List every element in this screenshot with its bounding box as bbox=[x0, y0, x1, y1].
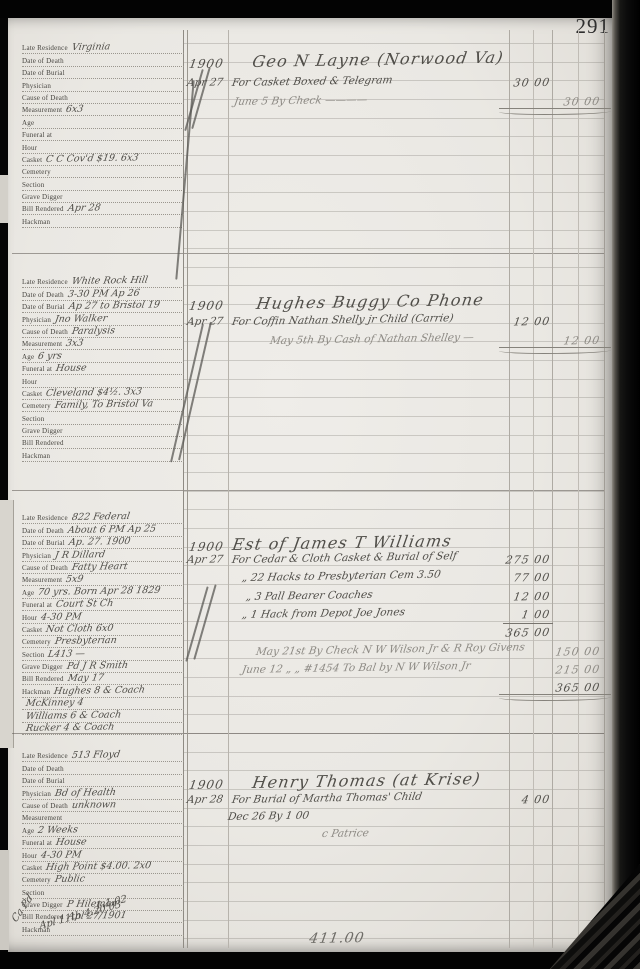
field-label: Grave Digger bbox=[22, 193, 63, 202]
entry-line: Dec 26 By 1 00 bbox=[185, 809, 615, 827]
field-label: Late Residence bbox=[22, 752, 68, 761]
field-label: Casket bbox=[22, 864, 42, 873]
field-value: 70 yrs. Born Apr 28 1829 bbox=[37, 586, 161, 598]
field-row: Grave Digger bbox=[22, 191, 184, 203]
field-row: SectionL413 — bbox=[22, 648, 184, 660]
field-label: Physician bbox=[22, 552, 51, 561]
entry-date: Apr 27 bbox=[186, 315, 224, 328]
field-label: Cemetery bbox=[22, 402, 51, 411]
entry-description: „ 1 Hack from Depot Joe Jones bbox=[241, 606, 406, 621]
ledger-line bbox=[183, 192, 604, 193]
field-value: 4-30 PM bbox=[40, 850, 82, 861]
field-label: Date of Burial bbox=[22, 69, 65, 78]
field-value: About 6 PM Ap 25 bbox=[67, 524, 157, 536]
entry-debit: 12 00 bbox=[485, 315, 551, 329]
field-label: Hour bbox=[22, 144, 37, 153]
field-value: C C Cov'd $19. 6x3 bbox=[45, 153, 139, 165]
field-label: Funeral at bbox=[22, 601, 52, 610]
field-row: CasketNot Cloth 6x0 bbox=[22, 624, 184, 636]
field-row: Late ResidenceVirginia bbox=[22, 42, 184, 54]
ledger-line bbox=[183, 379, 604, 380]
field-row: Measurement bbox=[22, 812, 184, 824]
field-value: McKinney 4 bbox=[25, 698, 84, 709]
ledger-line bbox=[183, 472, 604, 473]
entry-debit: 12 00 bbox=[485, 589, 551, 603]
field-label: Measurement bbox=[22, 340, 62, 349]
field-value: Not Cloth 6x0 bbox=[45, 624, 114, 635]
field-row: Age bbox=[22, 116, 184, 128]
field-label: Section bbox=[22, 651, 44, 660]
field-label: Casket bbox=[22, 156, 42, 165]
ledger-line bbox=[183, 230, 604, 231]
field-value: 3-30 PM Ap 26 bbox=[67, 289, 140, 300]
ledger-line bbox=[183, 397, 604, 398]
entry-year: 1900 bbox=[188, 56, 225, 71]
field-column: Late ResidenceWhite Rock HillDate of Dea… bbox=[22, 276, 184, 462]
ledger-line bbox=[183, 136, 604, 137]
field-row: Hour bbox=[22, 375, 184, 387]
page-number: 291 bbox=[560, 14, 610, 39]
field-label: Age bbox=[22, 827, 34, 836]
total-rule bbox=[499, 347, 611, 354]
entry-debit: 1 00 bbox=[485, 608, 551, 622]
field-row: Date of BurialAp 27 to Bristol 19 bbox=[22, 301, 184, 313]
field-row: CemeteryFamily, To Bristol Va bbox=[22, 400, 184, 412]
field-row: Date of Death bbox=[22, 54, 184, 66]
book-spine bbox=[612, 0, 640, 969]
field-label: Cause of Death bbox=[22, 328, 68, 337]
field-row: Age70 yrs. Born Apr 28 1829 bbox=[22, 586, 184, 598]
entry-debit: 77 00 bbox=[485, 571, 551, 585]
ledger-line bbox=[183, 453, 604, 454]
field-row: Late Residence513 Floyd bbox=[22, 750, 184, 762]
field-value: Presbyterian bbox=[54, 636, 117, 647]
ledger-line bbox=[183, 285, 604, 286]
ledger-line bbox=[183, 155, 604, 156]
field-row: Funeral atHouse bbox=[22, 837, 184, 849]
entry-line: 365 00 bbox=[185, 625, 615, 643]
field-label: Cause of Death bbox=[22, 564, 68, 573]
field-row: Section bbox=[22, 886, 184, 898]
field-label: Age bbox=[22, 119, 34, 128]
field-value: 6 yrs bbox=[37, 351, 63, 361]
field-value: Hughes 8 & Coach bbox=[53, 685, 146, 697]
field-label: Grave Digger bbox=[22, 663, 63, 672]
entry-line: 365 00 bbox=[185, 680, 615, 698]
field-value: 4-30 PM bbox=[40, 612, 82, 623]
field-row: Bill RenderedMay 17 bbox=[22, 673, 184, 685]
field-value: J R Dillard bbox=[54, 550, 106, 561]
record-divider bbox=[12, 490, 604, 491]
field-value: Bd of Health bbox=[54, 788, 117, 799]
ledger-line bbox=[183, 509, 604, 510]
field-label: Date of Burial bbox=[22, 303, 65, 312]
field-value: Williams 6 & Coach bbox=[25, 710, 122, 722]
ledger-line bbox=[183, 845, 604, 846]
entry-description: June 5 By Check ———— bbox=[233, 93, 368, 107]
field-row: Funeral at bbox=[22, 129, 184, 141]
field-row: PhysicianBd of Health bbox=[22, 787, 184, 799]
field-value: 3x3 bbox=[65, 339, 84, 349]
field-label: Hackman bbox=[22, 218, 50, 227]
ledger-line bbox=[183, 43, 604, 44]
field-row: Grave Digger bbox=[22, 425, 184, 437]
scan-top-border bbox=[0, 0, 640, 18]
entry-credit: 30 00 bbox=[535, 94, 601, 108]
field-value: White Rock Hill bbox=[71, 276, 149, 287]
field-extra-row: McKinney 4 bbox=[22, 698, 184, 710]
ledger-line bbox=[183, 714, 604, 715]
field-row: Date of Burial bbox=[22, 775, 184, 787]
field-label: Bill Rendered bbox=[22, 205, 64, 214]
field-label: Late Residence bbox=[22, 514, 68, 523]
field-label: Measurement bbox=[22, 576, 62, 585]
field-row: Cause of Deathunknown bbox=[22, 800, 184, 812]
page-edge bbox=[0, 500, 14, 748]
field-row: Date of Death bbox=[22, 762, 184, 774]
field-label: Hour bbox=[22, 614, 37, 623]
entry-debit: 365 00 bbox=[485, 626, 551, 640]
field-value: Jno Walker bbox=[54, 314, 108, 325]
field-row: Cemetery bbox=[22, 166, 184, 178]
field-row: Grave DiggerPd J R Smith bbox=[22, 661, 184, 673]
field-label: Cause of Death bbox=[22, 94, 68, 103]
field-label: Casket bbox=[22, 626, 42, 635]
entry-debit: 30 00 bbox=[485, 76, 551, 90]
ledger-line bbox=[183, 174, 604, 175]
entry-line: Apr 27For Casket Boxed & Telegram30 00 bbox=[185, 75, 615, 93]
field-label: Date of Death bbox=[22, 57, 64, 66]
entry-description: May 21st By Check N W Wilson Jr & R Roy … bbox=[255, 641, 526, 658]
field-row: Bill Rendered bbox=[22, 437, 184, 449]
ledger-line bbox=[183, 528, 604, 529]
entry-line: Apr 28For Burial of Martha Thomas' Child… bbox=[185, 792, 615, 810]
field-value: Public bbox=[54, 875, 86, 886]
entry-description: For Burial of Martha Thomas' Child bbox=[231, 791, 423, 806]
scan-bottom-border bbox=[0, 952, 640, 969]
entry-description: „ 22 Hacks to Presbyterian Cem 3.50 bbox=[241, 569, 442, 584]
entry-debit: 275 00 bbox=[485, 553, 551, 567]
field-value: Family, To Bristol Va bbox=[54, 400, 154, 412]
field-label: Late Residence bbox=[22, 44, 68, 53]
ledger-line bbox=[183, 938, 604, 939]
field-row: Hackman bbox=[22, 215, 184, 227]
record-divider bbox=[12, 253, 604, 254]
field-row: Funeral atCourt St Ch bbox=[22, 599, 184, 611]
field-label: Section bbox=[22, 181, 44, 190]
entry-line: May 5th By Cash of Nathan Shelley —12 00 bbox=[185, 333, 615, 351]
scanned-ledger-page: 291 Late ResidenceVirginiaDate of DeathD… bbox=[0, 0, 640, 969]
field-row: PhysicianJ R Dillard bbox=[22, 549, 184, 561]
field-value: 822 Federal bbox=[71, 512, 131, 523]
field-value: High Point $4.00. 2x0 bbox=[45, 861, 152, 873]
field-value: 513 Floyd bbox=[71, 751, 121, 762]
field-row: Cause of DeathParalysis bbox=[22, 326, 184, 338]
entry-title: Henry Thomas (at Krise) bbox=[251, 769, 482, 792]
field-row: Hour4-30 PM bbox=[22, 849, 184, 861]
field-label: Grave Digger bbox=[22, 427, 63, 436]
ledger-line bbox=[183, 864, 604, 865]
field-row: CemeteryPresbyterian bbox=[22, 636, 184, 648]
field-value: 6x3 bbox=[65, 105, 84, 115]
field-label: Hour bbox=[22, 852, 37, 861]
field-value: Fatty Heart bbox=[71, 562, 128, 573]
field-label: Date of Death bbox=[22, 765, 64, 774]
entry-title: Hughes Buggy Co Phone bbox=[255, 290, 486, 313]
field-row: Funeral atHouse bbox=[22, 363, 184, 375]
field-label: Late Residence bbox=[22, 278, 68, 287]
field-label: Date of Death bbox=[22, 291, 64, 300]
ledger-line bbox=[183, 248, 604, 249]
field-row: Age6 yrs bbox=[22, 350, 184, 362]
field-value: House bbox=[55, 838, 87, 849]
entry-credit: 215 00 bbox=[535, 663, 601, 677]
entry-description: For Casket Boxed & Telegram bbox=[231, 74, 393, 89]
field-label: Age bbox=[22, 353, 34, 362]
field-value: Rucker 4 & Coach bbox=[25, 722, 115, 734]
field-value: 2 Weeks bbox=[37, 825, 79, 836]
field-label: Date of Burial bbox=[22, 777, 65, 786]
field-value: Paralysis bbox=[71, 326, 116, 337]
field-label: Funeral at bbox=[22, 839, 52, 848]
field-label: Physician bbox=[22, 82, 51, 91]
field-value: unknown bbox=[71, 800, 117, 811]
field-label: Cemetery bbox=[22, 876, 51, 885]
field-row: Measurement3x3 bbox=[22, 338, 184, 350]
ledger-line bbox=[183, 901, 604, 902]
field-value: 5x9 bbox=[65, 575, 84, 585]
field-row: CasketHigh Point $4.00. 2x0 bbox=[22, 862, 184, 874]
field-row: Cause of Death bbox=[22, 92, 184, 104]
entry-line: June 5 By Check ————30 00 bbox=[185, 94, 615, 112]
field-value: House bbox=[55, 364, 87, 375]
field-label: Physician bbox=[22, 316, 51, 325]
field-row: Hour4-30 PM bbox=[22, 611, 184, 623]
field-label: Hour bbox=[22, 378, 37, 387]
field-value: Pd J R Smith bbox=[66, 661, 129, 672]
ledger-line bbox=[183, 118, 604, 119]
field-label: Date of Burial bbox=[22, 539, 65, 548]
field-label: Cause of Death bbox=[22, 802, 68, 811]
entry-line: Apr 27For Cedar & Cloth Casket & Burial … bbox=[185, 552, 615, 570]
entry-description: May 5th By Cash of Nathan Shelley — bbox=[269, 331, 475, 347]
field-row: CasketC C Cov'd $19. 6x3 bbox=[22, 154, 184, 166]
field-row: Physician bbox=[22, 79, 184, 91]
field-value: Virginia bbox=[71, 43, 111, 54]
field-label: Hackman bbox=[22, 688, 50, 697]
field-row: HackmanHughes 8 & Coach bbox=[22, 685, 184, 697]
field-row: Date of BurialAp. 27. 1900 bbox=[22, 537, 184, 549]
entry-description: June 12 „ „ #1454 To Bal by N W Wilson J… bbox=[241, 660, 472, 676]
field-value: Court St Ch bbox=[55, 599, 114, 610]
entry-line: May 21st By Check N W Wilson Jr & R Roy … bbox=[185, 644, 615, 662]
field-label: Measurement bbox=[22, 106, 62, 115]
entry-line: „ 22 Hacks to Presbyterian Cem 3.5077 00 bbox=[185, 570, 615, 588]
ledger-line bbox=[183, 211, 604, 212]
field-label: Cemetery bbox=[22, 638, 51, 647]
page-total: 411.00 bbox=[308, 930, 366, 947]
entry-date: Apr 27 bbox=[186, 553, 224, 566]
field-value: Ap 27 to Bristol 19 bbox=[68, 301, 161, 313]
field-label: Bill Rendered bbox=[22, 675, 64, 684]
field-row: Hackman bbox=[22, 449, 184, 461]
field-label: Age bbox=[22, 589, 34, 598]
ledger-line bbox=[183, 360, 604, 361]
field-column: Late Residence822 FederalDate of DeathAb… bbox=[22, 512, 184, 735]
ledger-line bbox=[183, 267, 604, 268]
entry-description: „ 3 Pall Bearer Coaches bbox=[245, 588, 374, 602]
sum-rule bbox=[503, 623, 553, 624]
ledger-line bbox=[183, 416, 604, 417]
field-value: May 17 bbox=[67, 674, 105, 685]
field-row: Hour bbox=[22, 141, 184, 153]
field-column: Late ResidenceVirginiaDate of DeathDate … bbox=[22, 42, 184, 228]
entry-title: Geo N Layne (Norwood Va) bbox=[251, 48, 505, 71]
field-row: Age2 Weeks bbox=[22, 824, 184, 836]
entry-line: June 12 „ „ #1454 To Bal by N W Wilson J… bbox=[185, 662, 615, 680]
field-row: Late ResidenceWhite Rock Hill bbox=[22, 276, 184, 288]
entry-year: 1900 bbox=[188, 298, 225, 313]
field-value: L413 — bbox=[47, 649, 86, 660]
ledger-line bbox=[183, 882, 604, 883]
field-label: Physician bbox=[22, 790, 51, 799]
entry-credit: 12 00 bbox=[535, 333, 601, 347]
entry-line: „ 3 Pall Bearer Coaches12 00 bbox=[185, 589, 615, 607]
field-row: Section bbox=[22, 412, 184, 424]
entry-year: 1900 bbox=[188, 777, 225, 792]
entry-description: c Patrice bbox=[321, 827, 370, 840]
total-rule bbox=[499, 108, 611, 115]
field-row: Bill RenderedApr 28 bbox=[22, 203, 184, 215]
entry-line: Apr 27For Coffin Nathan Shelly jr Child … bbox=[185, 314, 615, 332]
field-label: Hackman bbox=[22, 452, 50, 461]
field-label: Bill Rendered bbox=[22, 439, 64, 448]
ledger-line bbox=[183, 435, 604, 436]
entry-line: „ 1 Hack from Depot Joe Jones1 00 bbox=[185, 607, 615, 625]
ledger-line bbox=[183, 920, 604, 921]
field-value: Ap. 27. 1900 bbox=[68, 537, 131, 548]
field-row: Section bbox=[22, 178, 184, 190]
entry-description: For Coffin Nathan Shelly jr Child (Carri… bbox=[231, 312, 454, 328]
entry-line: c Patrice bbox=[185, 826, 615, 844]
field-row: PhysicianJno Walker bbox=[22, 313, 184, 325]
field-label: Funeral at bbox=[22, 131, 52, 140]
entry-description: Dec 26 By 1 00 bbox=[227, 810, 310, 823]
entry-date: Apr 28 bbox=[186, 793, 224, 806]
field-label: Cemetery bbox=[22, 168, 51, 177]
field-extra-row: Rucker 4 & Coach bbox=[22, 723, 184, 735]
field-row: CemeteryPublic bbox=[22, 874, 184, 886]
entry-description: For Cedar & Cloth Casket & Burial of Sel… bbox=[231, 550, 458, 566]
field-row: Late Residence822 Federal bbox=[22, 512, 184, 524]
field-row: Date of DeathAbout 6 PM Ap 25 bbox=[22, 524, 184, 536]
field-value: Apr 28 bbox=[67, 204, 101, 215]
field-label: Casket bbox=[22, 390, 42, 399]
entry-debit: 4 00 bbox=[485, 793, 551, 807]
ledger-line bbox=[183, 752, 604, 753]
field-row: Measurement6x3 bbox=[22, 104, 184, 116]
entry-header: 1900 Geo N Layne (Norwood Va) bbox=[185, 55, 615, 73]
field-row: Cause of DeathFatty Heart bbox=[22, 562, 184, 574]
entry-credit: 365 00 bbox=[535, 681, 601, 695]
field-label: Date of Death bbox=[22, 527, 64, 536]
entry-credit: 150 00 bbox=[535, 644, 601, 658]
page-edge bbox=[0, 175, 8, 223]
field-label: Funeral at bbox=[22, 365, 52, 374]
field-label: Section bbox=[22, 415, 44, 424]
field-row: Date of Burial bbox=[22, 67, 184, 79]
field-label: Measurement bbox=[22, 814, 62, 823]
page-edge bbox=[0, 850, 9, 950]
field-row: CasketCleveland $4½. 3x3 bbox=[22, 388, 184, 400]
field-value: Cleveland $4½. 3x3 bbox=[45, 387, 142, 399]
